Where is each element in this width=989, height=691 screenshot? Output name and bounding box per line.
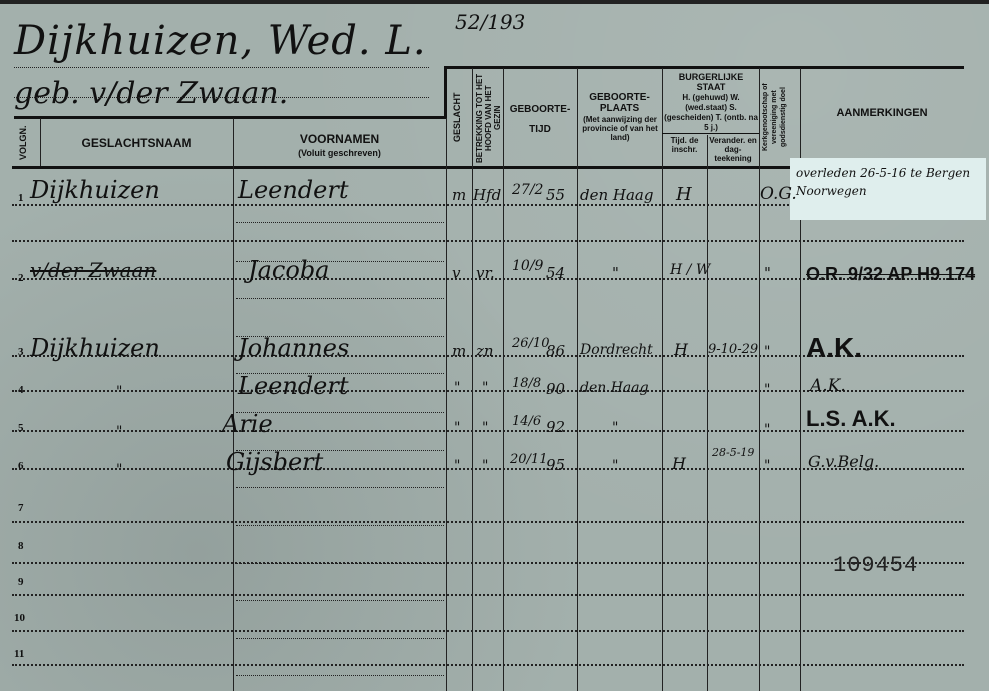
minor-line [236, 675, 444, 676]
row5-firstname: Arie [222, 410, 273, 438]
row-line [12, 664, 964, 666]
row6-sex: " [454, 458, 460, 474]
row-number: 3 [18, 346, 24, 358]
row5-church: " [764, 422, 770, 438]
header-geslachtsnaam: GESLACHTSNAAM [40, 136, 233, 150]
row3-change: 9-10-29 [708, 342, 758, 357]
row1-status: H [676, 184, 692, 205]
row-number: 9 [18, 576, 24, 588]
header-top-rule [446, 66, 964, 69]
row2-remarks-stamp: O.R. 9/32 AP H9 174 [806, 264, 975, 285]
row-number: 11 [14, 648, 24, 660]
row2-relation: vr. [476, 264, 495, 282]
row-number: 4 [18, 384, 24, 396]
header-geboortetijd-2: TIJD [503, 124, 577, 135]
row4-remarks: A.K. [810, 376, 846, 396]
row3-surname: Dijkhuizen [30, 334, 160, 362]
row2-birthday: 10/9 [512, 258, 543, 274]
minor-line [236, 525, 444, 526]
row-line [12, 240, 964, 242]
row4-birthday: 18/8 [512, 376, 541, 391]
header-tijd-inschr: Tijd. de inschr. [663, 136, 706, 154]
row5-remarks-stamp: L.S. A.K. [806, 406, 896, 432]
row1-church: O.G. [760, 184, 797, 204]
minor-line [236, 638, 444, 639]
row6-birthyear: 95 [546, 456, 565, 474]
row-number: 10 [14, 612, 25, 624]
minor-line [236, 487, 444, 488]
minor-line [236, 600, 444, 601]
burg-sub-rule [662, 133, 759, 134]
row3-birthplace: Dordrecht [580, 342, 653, 358]
row-line [12, 562, 964, 564]
row3-remarks-stamp: A.K. [806, 332, 862, 364]
header-geboorteplaats-1: GEBOORTE- [577, 92, 662, 103]
row4-church: " [764, 382, 770, 398]
row6-surname: " [116, 462, 122, 478]
row1-firstname: Leendert [238, 176, 348, 204]
row6-birthplace: " [612, 458, 618, 474]
title-guide-line-2 [14, 97, 429, 98]
col-line-geslacht [472, 68, 473, 691]
row4-relation: " [482, 380, 488, 396]
header-volgn: VOLGN. [18, 122, 28, 164]
row-number: 2 [18, 272, 24, 284]
minor-line [236, 563, 444, 564]
page-number: 52/193 [455, 10, 525, 34]
header-voornamen: VOORNAMEN [233, 132, 446, 146]
row3-sex: m [452, 342, 466, 360]
row2-firstname: Jacoba [248, 256, 330, 284]
row-number: 7 [18, 502, 24, 514]
header-burg-codes: H. (gehuwd) W. (wed.staat) S. (gescheide… [664, 93, 758, 133]
title-underline [14, 116, 446, 119]
header-voornamen-sub: (Voluit geschreven) [233, 148, 446, 158]
header-kerkgenootschap: Kerkgenootschap of vereeniging met godsd… [761, 70, 799, 164]
row-number: 5 [18, 422, 24, 434]
row6-church: " [764, 458, 770, 474]
row2-church: " [764, 264, 771, 282]
row-number: 6 [18, 460, 24, 472]
row2-birthplace: " [612, 264, 619, 282]
col-line-burg-sub [707, 135, 708, 691]
row4-sex: " [454, 380, 460, 396]
row3-birthyear: 86 [546, 342, 565, 360]
row5-sex: " [454, 420, 460, 436]
row5-surname: " [116, 424, 122, 440]
row6-status: H [672, 454, 686, 473]
population-register-card: Dijkhuizen, Wed. L. geb. v/der Zwaan. 52… [0, 0, 989, 691]
row2-birthyear: 54 [546, 264, 565, 282]
row6-birthday: 20/11 [510, 452, 547, 467]
row-line [12, 594, 964, 596]
row5-birthplace: " [612, 420, 618, 436]
col-line-geboorteplaats [662, 68, 663, 691]
row-line [12, 630, 964, 632]
row1-remarks: overleden 26-5-16 te Bergen Noorwegen [796, 164, 982, 200]
row6-relation: " [482, 458, 488, 474]
row3-relation: zn [476, 342, 494, 360]
row-number: 8 [18, 540, 24, 552]
row5-birthyear: 92 [546, 418, 565, 436]
header-geboorteplaats-2: PLAATS [577, 103, 662, 114]
row3-church: " [764, 344, 770, 360]
header-aanmerkingen: AANMERKINGEN [800, 107, 964, 119]
row1-birthyear: 55 [546, 186, 565, 204]
row-number: 1 [18, 192, 24, 204]
serial-number: 109454 [833, 553, 918, 578]
row1-sex: m [452, 186, 466, 204]
row6-remarks: G.v.Belg. [808, 452, 879, 471]
col-line-burg-staat [759, 68, 760, 691]
header-burgerlijke-staat: BURGERLIJKE STAAT [664, 72, 758, 92]
header-betrekking: BETREKKING TOT HET HOOFD VAN HET GEZIN [475, 72, 501, 164]
header-geboortetijd-1: GEBOORTE- [503, 104, 577, 115]
card-title-name: Dijkhuizen, Wed. L. [14, 18, 427, 64]
row2-sex: v [452, 264, 460, 282]
row1-birthplace: den Haag [580, 186, 653, 204]
row4-surname: " [116, 384, 122, 400]
row4-birthyear: 90 [546, 380, 565, 398]
row4-birthplace: den Haag [580, 380, 649, 396]
row6-change: 28-5-19 [712, 446, 754, 459]
col-line-betrekking [503, 68, 504, 691]
card-title-maiden-name: geb. v/der Zwaan. [14, 76, 288, 111]
row3-birthday: 26/10 [512, 336, 549, 351]
row-line [12, 521, 964, 523]
header-geslacht: GESLACHT [452, 72, 462, 162]
row2-surname: v/der Zwaan [30, 258, 156, 282]
minor-line [236, 222, 444, 223]
row6-firstname: Gijsbert [226, 448, 323, 476]
row5-birthday: 14/6 [512, 414, 541, 429]
row3-firstname: Johannes [238, 334, 349, 362]
col-line-geboortetijd [577, 68, 578, 691]
top-border [0, 0, 989, 4]
row3-status: H [674, 340, 688, 359]
row1-surname: Dijkhuizen [30, 176, 160, 204]
row2-status: H / W [670, 262, 710, 278]
header-geboorteplaats-sub: (Met aanwijzing der provincie of van het… [580, 115, 660, 142]
minor-line [236, 298, 444, 299]
header-left-frame [444, 66, 447, 118]
row4-firstname: Leendert [238, 372, 348, 400]
row1-birthday: 27/2 [512, 182, 543, 198]
header-verander: Verander. en dag-teekening [708, 136, 758, 163]
row1-relation: Hfd [473, 186, 501, 204]
row5-relation: " [482, 420, 488, 436]
title-guide-line [14, 67, 429, 68]
